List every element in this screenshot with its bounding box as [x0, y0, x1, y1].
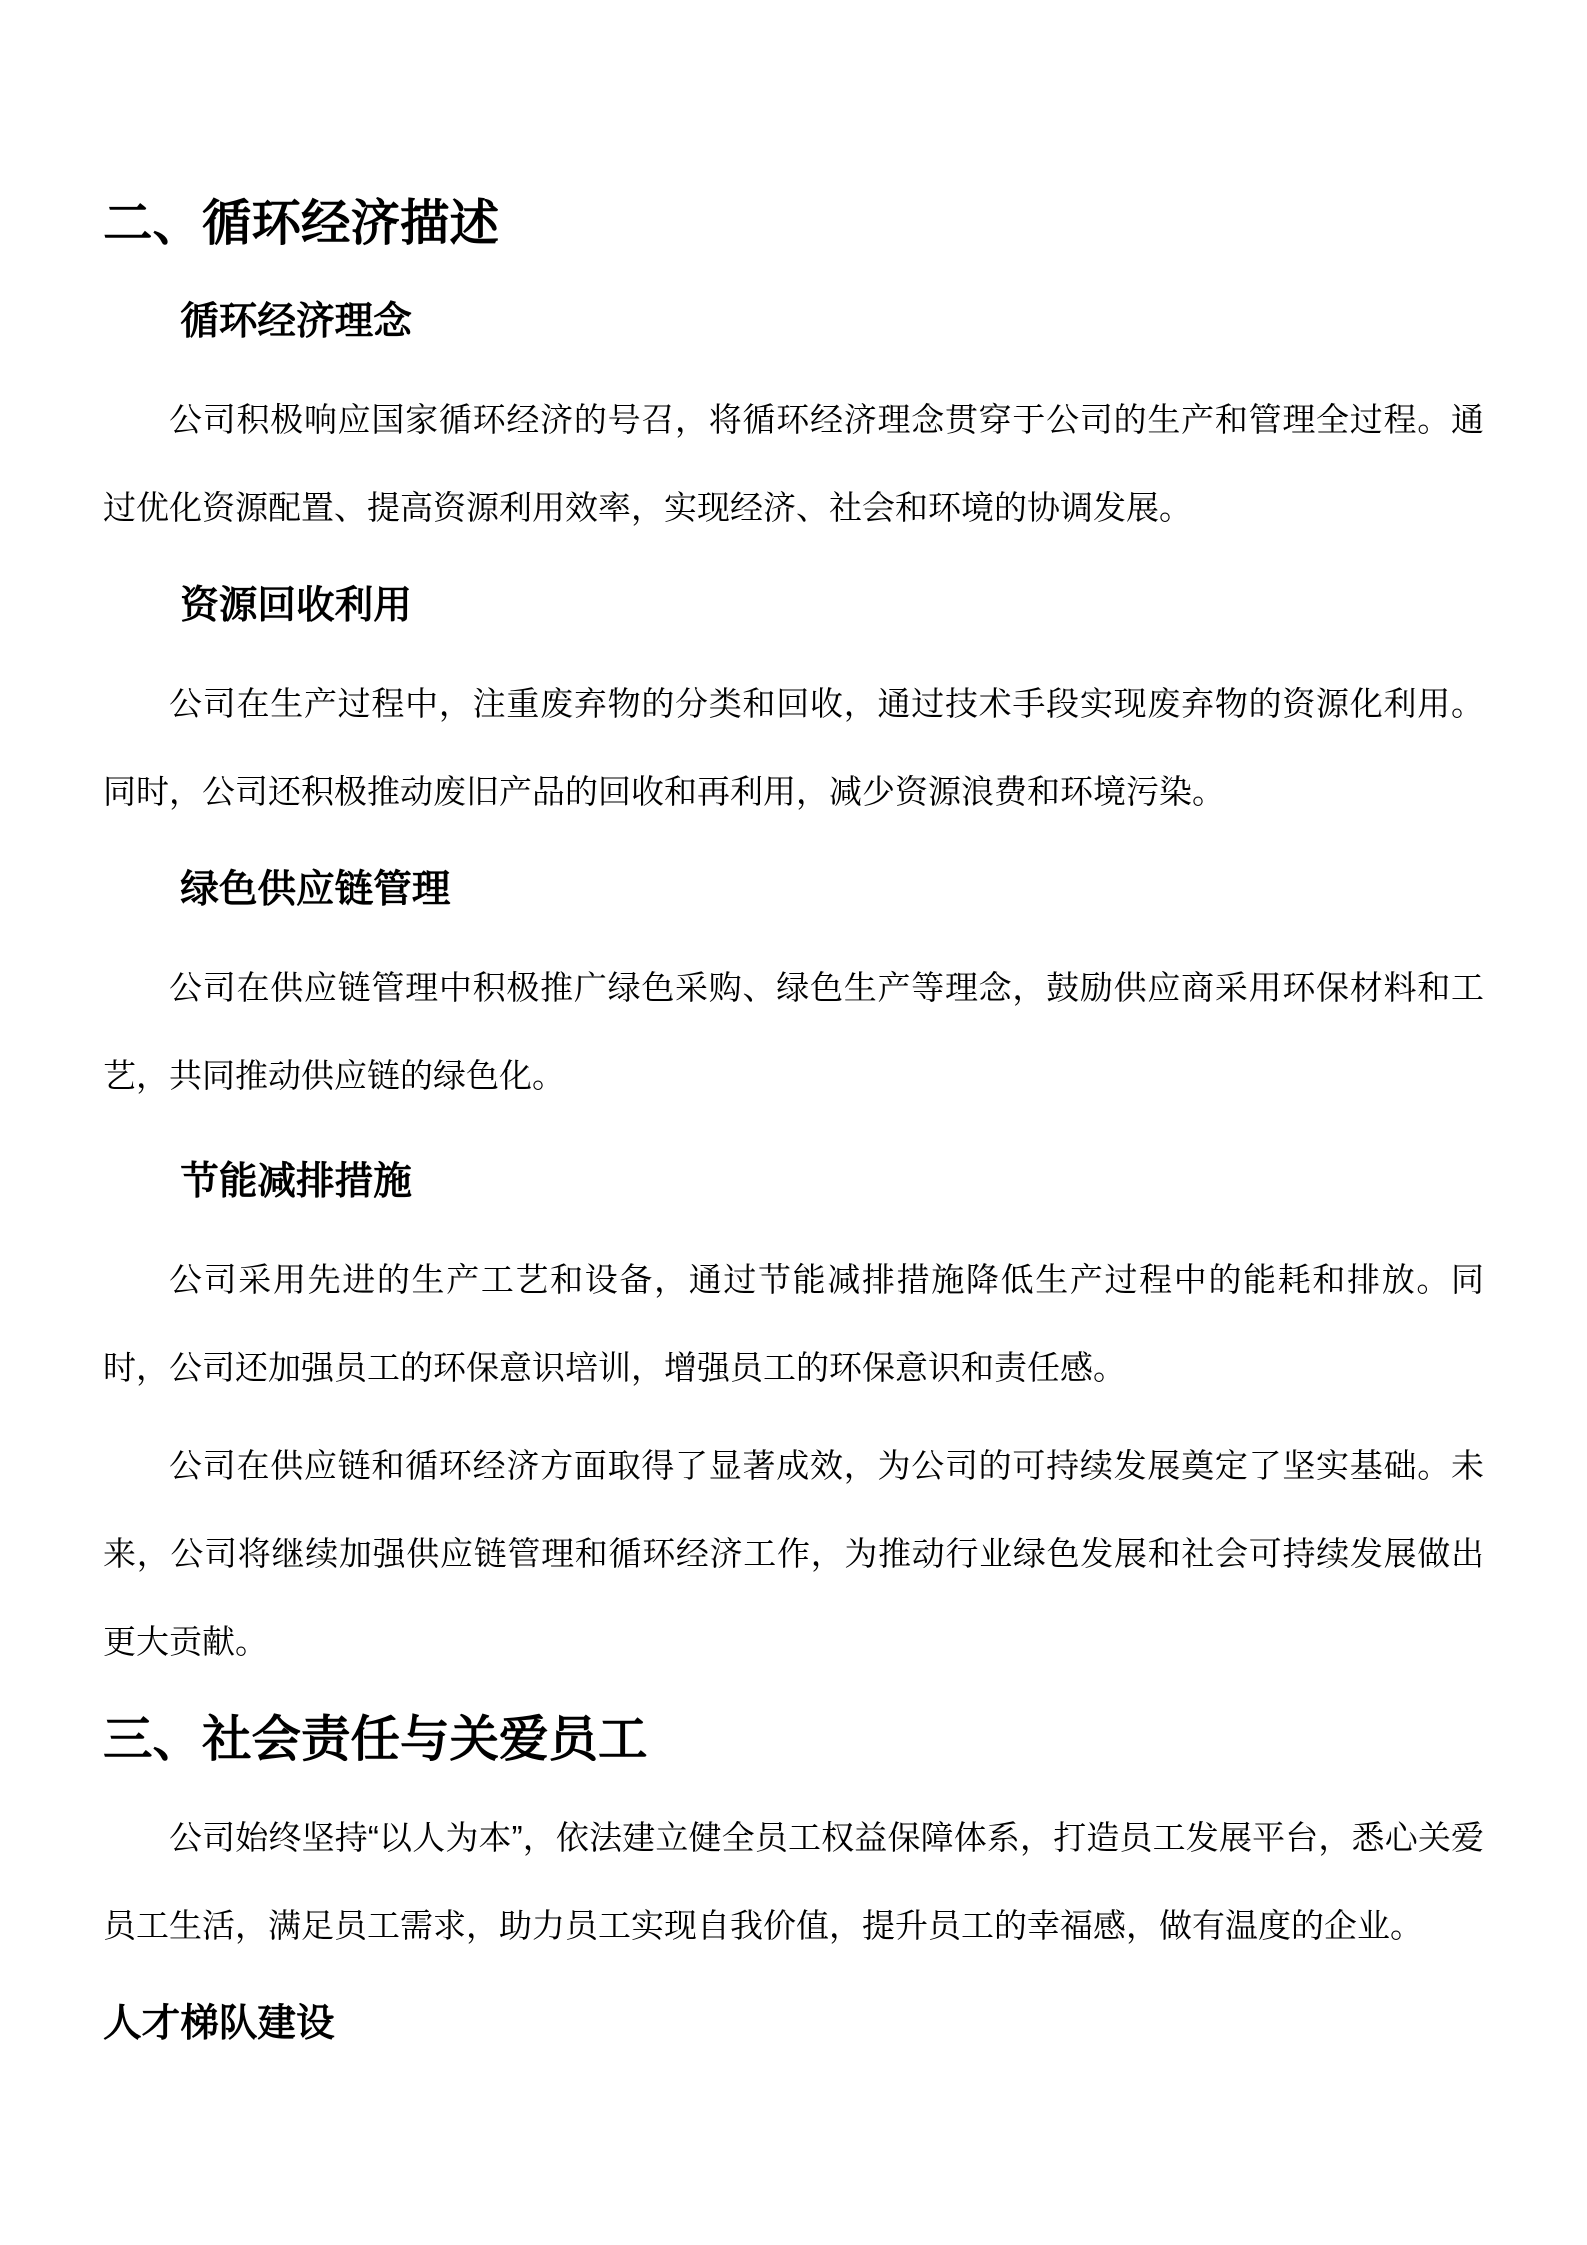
- subheading-energy-saving-measures: 节能减排措施: [103, 1138, 1484, 1226]
- paragraph-circular-economy-summary: 公司在供应链和循环经济方面取得了显著成效，为公司的可持续发展奠定了坚实基础。未来…: [103, 1422, 1484, 1686]
- paragraph-social-responsibility: 公司始终坚持“以人为本”，依法建立健全员工权益保障体系，打造员工发展平台，悉心关…: [103, 1794, 1484, 1970]
- heading-circular-economy-description: 二、循环经济描述: [103, 180, 1484, 268]
- paragraph-green-supply-chain: 公司在供应链管理中积极推广绿色采购、绿色生产等理念，鼓励供应商采用环保材料和工艺…: [103, 944, 1484, 1120]
- document-page: 二、循环经济描述 循环经济理念 公司积极响应国家循环经济的号召，将循环经济理念贯…: [0, 0, 1587, 2245]
- subheading-talent-echelon-building: 人才梯队建设: [103, 1980, 1484, 2068]
- paragraph-circular-economy-concept: 公司积极响应国家循环经济的号召，将循环经济理念贯穿于公司的生产和管理全过程。通过…: [103, 376, 1484, 552]
- heading-social-responsibility: 三、社会责任与关爱员工: [103, 1696, 1484, 1784]
- paragraph-energy-saving-measures: 公司采用先进的生产工艺和设备，通过节能减排措施降低生产过程中的能耗和排放。同时，…: [103, 1236, 1484, 1412]
- paragraph-resource-recycling: 公司在生产过程中，注重废弃物的分类和回收，通过技术手段实现废弃物的资源化利用。同…: [103, 660, 1484, 836]
- subheading-green-supply-chain: 绿色供应链管理: [103, 846, 1484, 934]
- subheading-resource-recycling: 资源回收利用: [103, 562, 1484, 650]
- subheading-circular-economy-concept: 循环经济理念: [103, 278, 1484, 366]
